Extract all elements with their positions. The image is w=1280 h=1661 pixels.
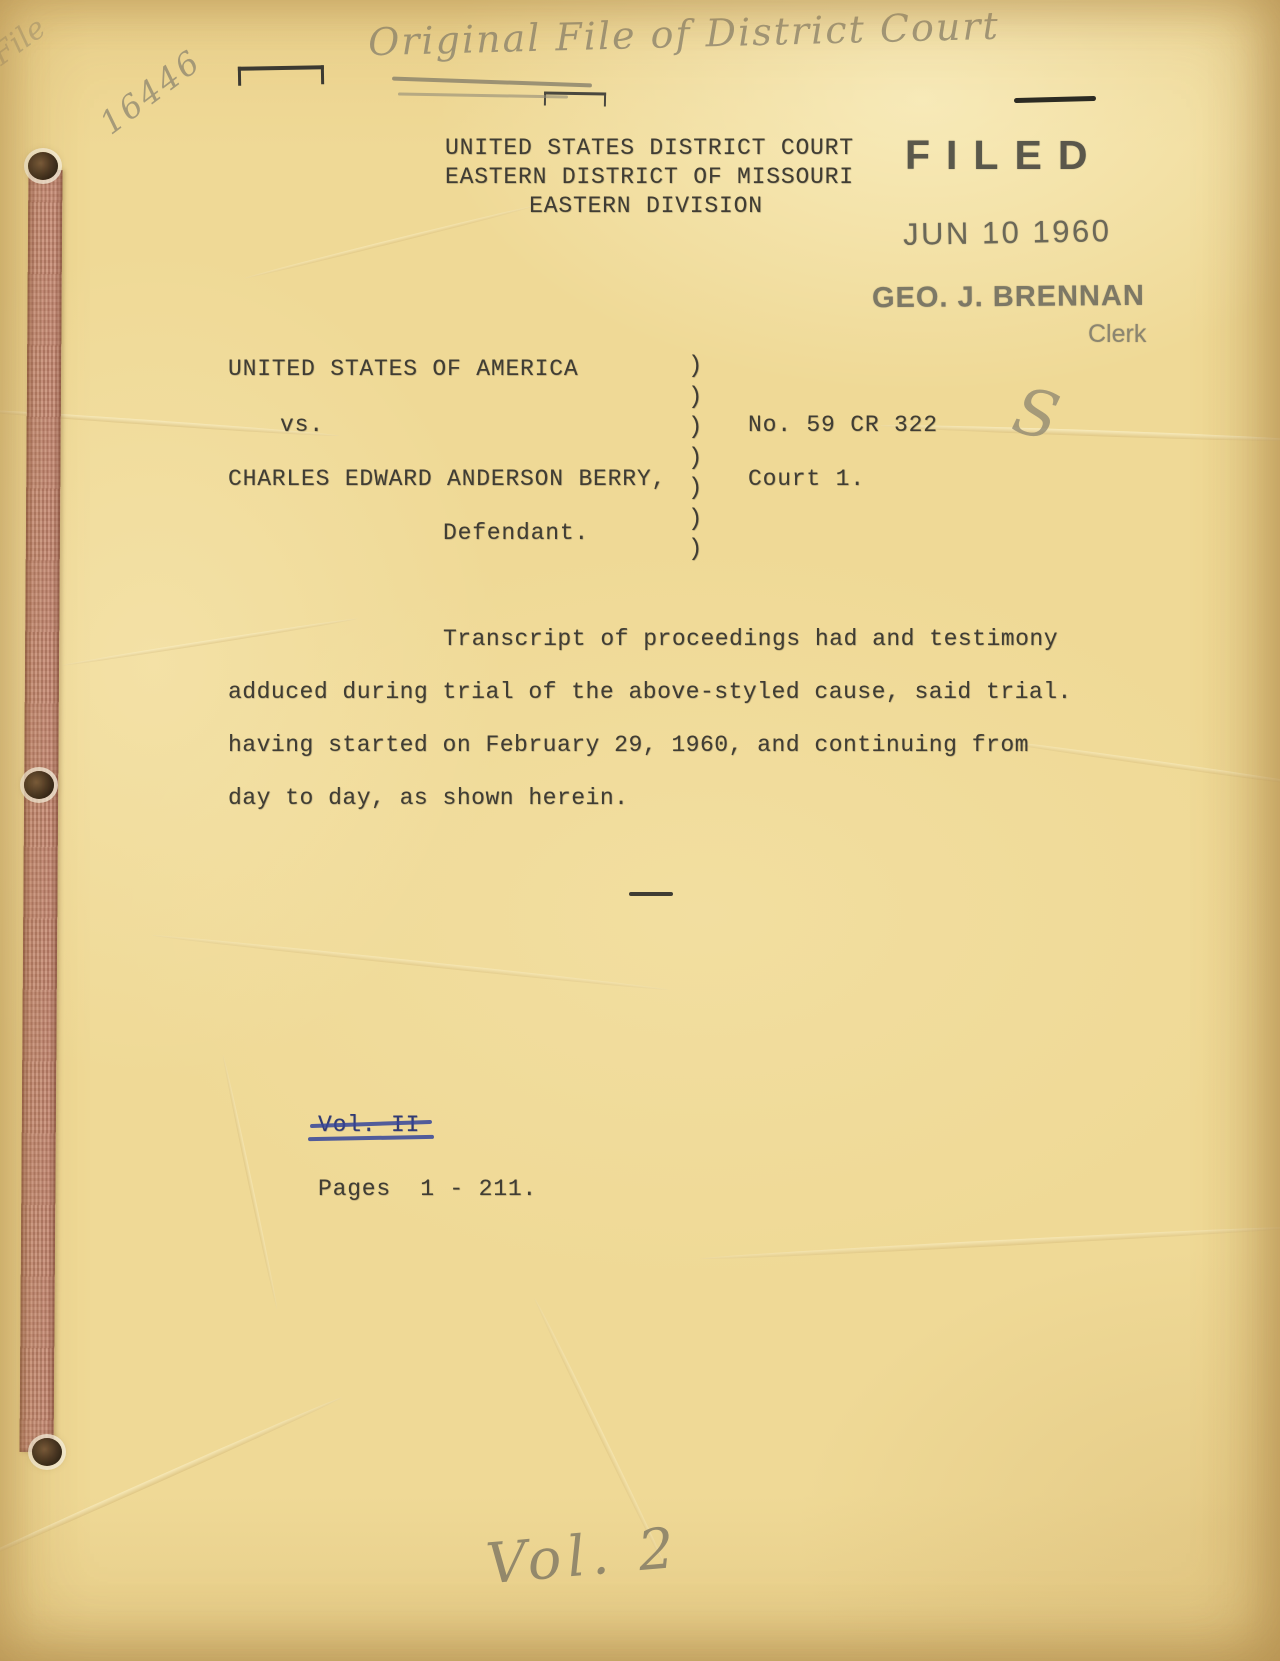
caption-bracket: ): [688, 383, 702, 414]
body-line: day to day, as shown herein.: [228, 785, 628, 813]
filed-stamp: FILED: [905, 132, 1103, 179]
center-dash: [629, 892, 673, 896]
caption-bracket-column: ) ) ) ) ) ) ): [688, 352, 702, 566]
paper-crease: [151, 933, 669, 992]
court-header-line1: UNITED STATES DISTRICT COURT: [445, 135, 847, 163]
paper-crease: [62, 617, 359, 668]
punch-hole-top: [28, 152, 58, 180]
top-note-handwriting: Original File of District Court: [368, 4, 1001, 65]
paper-crease: [700, 1224, 1280, 1261]
caption-bracket: ): [688, 444, 702, 475]
court-header-line2: EASTERN DISTRICT OF MISSOURI: [445, 164, 847, 192]
caption-bracket: ): [688, 505, 702, 536]
body-line: having started on February 29, 1960, and…: [228, 732, 1029, 760]
caption-case-number: No. 59 CR 322: [748, 412, 938, 440]
staple-top-left: [238, 65, 324, 85]
handwriting-underline: [398, 93, 568, 99]
filed-stamp-date: JUN 10 1960: [903, 213, 1112, 253]
body-line: Transcript of proceedings had and testim…: [443, 626, 1058, 654]
caption-bracket: ): [688, 413, 702, 444]
caption-defendant-label: Defendant.: [443, 520, 589, 548]
caption-bracket: ): [688, 535, 702, 566]
scanned-transcript-cover: File Original File of District Court 164…: [0, 0, 1280, 1661]
caption-defendant: CHARLES EDWARD ANDERSON BERRY,: [228, 466, 666, 494]
punch-hole-bottom: [32, 1438, 62, 1466]
handwriting-underline: [392, 77, 592, 88]
staple-top-center: [544, 91, 606, 106]
pencil-dash-mark: [1014, 96, 1096, 103]
paper-crease: [221, 1054, 279, 1309]
binding-ribbon: [20, 170, 63, 1452]
caption-plaintiff: UNITED STATES OF AMERICA: [228, 356, 578, 384]
corner-scribble-handwriting: File: [0, 10, 53, 72]
caption-versus: vs.: [280, 412, 324, 440]
volume-note-handwriting: Vol. 2: [484, 1516, 683, 1598]
body-line: adduced during trial of the above-styled…: [228, 679, 1072, 707]
caption-court: Court 1.: [748, 466, 865, 494]
pages-range-text: Pages 1 - 211.: [318, 1176, 537, 1204]
clerk-title-stamp: Clerk: [1088, 320, 1146, 349]
court-header-line3: EASTERN DIVISION: [445, 193, 847, 221]
docket-number-handwriting: 16446: [93, 42, 209, 143]
case-number-handwritten-mark: S: [1006, 374, 1066, 456]
caption-bracket: ): [688, 474, 702, 505]
caption-bracket: ): [688, 352, 702, 383]
punch-hole-middle: [24, 771, 54, 799]
paper-crease: [880, 423, 1280, 444]
clerk-name-stamp: GEO. J. BRENNAN: [872, 280, 1145, 315]
